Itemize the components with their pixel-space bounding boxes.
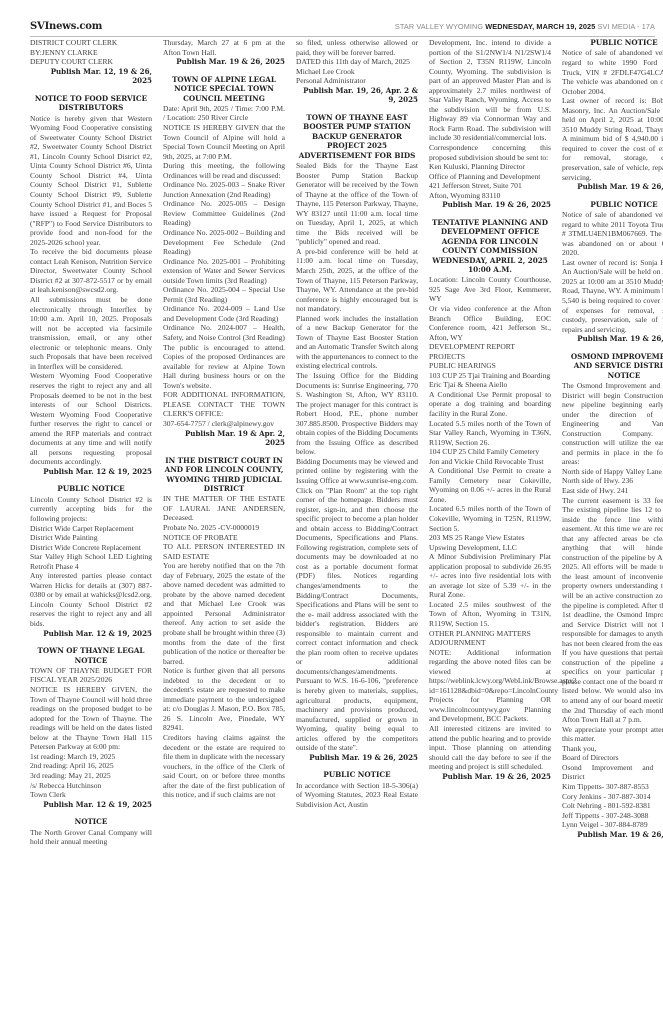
notice-title: PUBLIC NOTICE [562, 200, 663, 209]
notice-text: The Osmond Improvement and Service Distr… [562, 381, 663, 467]
notice-text: All interested citizens are invited to a… [429, 724, 551, 772]
notice-text: Ordinance No. 2025-004 – Special Use Per… [163, 285, 285, 304]
column-5: PUBLIC NOTICENotice of sale of abandoned… [562, 38, 663, 839]
notice-text: A pre-bid conference will be held at 11:… [296, 247, 418, 314]
notice-text: Date: April 9th, 2025 / Time: 7:00 P.M. … [163, 104, 285, 123]
publisher-page: SVI MEDIA - 17A [598, 22, 655, 31]
notice-text: PROJECTS [429, 352, 551, 362]
notice-text: District Wide Carpet Replacement [30, 524, 152, 534]
notice-text: If you have questions that pertain to th… [562, 648, 663, 724]
notice-text: The current easement is 33 feet wide. Th… [562, 496, 663, 649]
notice-text: Ordinance No. 2024-009 – Land Use and De… [163, 304, 285, 323]
notice-text: Ordinance No. 2025-005 – Design Review C… [163, 199, 285, 228]
notice-text: Office of Planning and Development [429, 172, 551, 182]
notice-text: Jon and Vickie Child Revocable Trust [429, 457, 551, 467]
notice-text: Located 5.5 miles north of the Town of S… [429, 419, 551, 448]
notice-text: DEPUTY COURT CLERK [30, 57, 152, 67]
dateline: STAR VALLEY WYOMING WEDNESDAY, MARCH 19,… [395, 22, 655, 31]
notice-title: OSMOND IMPROVEMENT AND SERVICE DISTRICT … [562, 352, 663, 380]
notice-title: TOWN OF THAYNE EAST BOOSTER PUMP STATION… [296, 113, 418, 160]
issue-date: WEDNESDAY, MARCH 19, 2025 [485, 22, 595, 31]
notice-title: TOWN OF ALPINE LEGAL NOTICE SPECIAL TOWN… [163, 75, 285, 103]
notice-text: Last owner of record is: Bob Allyn Mason… [562, 96, 663, 182]
notice-text: The public is encouraged to attend. Copi… [163, 343, 285, 391]
notice-title: PUBLIC NOTICE [30, 484, 152, 493]
notice-text: 2nd reading: April 16, 2025 [30, 761, 152, 771]
notice-text: Cory Jenkins - 307-887-3014 [562, 792, 663, 802]
publish-dates: Publish Mar. 12 & 19, 2025 [30, 467, 152, 477]
notice-text: Jeff Tippetts - 307-248-3088 [562, 811, 663, 821]
notice-text: To receive the bid documents please cont… [30, 247, 152, 295]
notice-text: District Wide Concrete Replacement [30, 543, 152, 553]
notice-text: PUBLIC HEARINGS [429, 361, 551, 371]
notice-text: Located 2.5 miles southwest of the Town … [429, 600, 551, 629]
notice-text: Any interested parties please contact Wa… [30, 571, 152, 600]
notice-text: Ordinance No. 2025-003 – Snake River Jun… [163, 180, 285, 199]
notice-text: You are hereby notified that on the 7th … [163, 561, 285, 666]
notice-text: Ordinance No. 2025-001 – Prohibiting ext… [163, 257, 285, 286]
notice-text: Creditors having claims against the dece… [163, 733, 285, 800]
notice-text: Thank you, [562, 744, 663, 754]
notice-title: PUBLIC NOTICE [562, 38, 663, 47]
column-2: Thursday, March 27 at 6 pm at the Afton … [163, 38, 285, 800]
region: STAR VALLEY WYOMING [395, 22, 483, 31]
column-3: so filed, unless otherwise allowed or pa… [296, 38, 418, 810]
notice-text: A Conditional Use Permit to create a Fam… [429, 466, 551, 504]
notice-text: We appreciate your prompt attention to t… [562, 725, 663, 744]
publish-dates: Publish Mar. 19 & 26, 2025 [562, 334, 663, 344]
notice-text: Planned work includes the installation o… [296, 314, 418, 371]
notice-text: In accordance with Section 18-5-306(a) o… [296, 781, 418, 810]
notice-text: All submissions must be done electronica… [30, 295, 152, 371]
site-name: SVInews.com [30, 21, 102, 32]
notice-text: Notice of sale of abandoned vehicle in r… [562, 48, 663, 96]
notice-text: Afton, Wyoming 83110 [429, 191, 551, 201]
notice-text: NOTICE IS HEREBY GIVEN that the Town Cou… [163, 123, 285, 161]
legal-notices: DISTRICT COURT CLERKBY:JENNY CLARKEDEPUT… [30, 38, 658, 1018]
notice-text: Development, Inc. intend to divide a por… [429, 38, 551, 143]
notice-text: Thursday, March 27 at 6 pm at the Afton … [163, 38, 285, 57]
notice-text: Eric Tjai & Sheena Aiello [429, 380, 551, 390]
notice-title: PUBLIC NOTICE [296, 770, 418, 779]
notice-text: A Minor Subdivision Preliminary Plat app… [429, 552, 551, 600]
notice-text: North side of Hwy. 236 [562, 476, 663, 486]
notice-text: The Issuing Office for the Bidding Docum… [296, 371, 418, 457]
notice-text: BY:JENNY CLARKE [30, 48, 152, 58]
publish-dates: Publish Mar. 12 & 19, 2025 [30, 629, 152, 639]
notice-text: Location: Lincoln County Courthouse, 925… [429, 275, 551, 304]
notice-text: Correspondence concerning this proposed … [429, 143, 551, 162]
notice-text: Osond Improvement and Service District [562, 763, 663, 782]
notice-text: Michael Lee Crook [296, 67, 418, 77]
notice-text: East side of Hwy. 241 [562, 486, 663, 496]
notice-text: NOTICE OF PROBATE [163, 533, 285, 543]
notice-text: Bidding Documents may be viewed and prin… [296, 457, 418, 677]
notice-text: Last owner of record is: Sonja Huhtala. … [562, 258, 663, 334]
publish-dates: Publish Mar. 19 & 26, 2025 [562, 182, 663, 192]
notice-text: North side of Happy Valley Lane [562, 467, 663, 477]
notice-text: Lynn Veigel - 307-884-8789 [562, 820, 663, 830]
notice-text: Board of Directors [562, 753, 663, 763]
notice-text: Probate No. 2025 -CV-0000019 [163, 523, 285, 533]
notice-text: OTHER PLANNING MATTERS [429, 629, 551, 639]
notice-text: /s/ Rebecca Hutchinson [30, 781, 152, 791]
notice-text: Personal Administrator [296, 76, 418, 86]
notice-text: Town Clerk [30, 790, 152, 800]
publish-dates: Publish Mar. 19 & 26, 2025 [429, 200, 551, 210]
notice-title: NOTICE [30, 817, 152, 826]
notice-text: 307-654-7757 / clerk@alpinewy.gov [163, 419, 285, 429]
notice-text: Kim Tippetts- 307-887-8553 [562, 782, 663, 792]
publish-dates: Publish Mar. 12, 19 & 26, 2025 [30, 67, 152, 86]
notice-text: 1st reading: March 19, 2025 [30, 752, 152, 762]
notice-text: Or via video conference at the Afton Bra… [429, 304, 551, 342]
notice-text: The North Grover Canal Company will hold… [30, 828, 152, 847]
notice-text: DATED this 11th day of March, 2025 [296, 57, 418, 67]
notice-text: Ordinance No. 2025-002 – Building and De… [163, 228, 285, 257]
notice-title: NOTICE TO FOOD SERVICE DISTRIBUTORS [30, 94, 152, 113]
notice-text: Lincoln County School District #2 reserv… [30, 600, 152, 629]
notice-text: Colt Nehring - 801-592-8381 [562, 801, 663, 811]
notice-text: Star Valley High School LED Lighting Ret… [30, 552, 152, 571]
notice-text: Ordinance No. 2024-007 – Health, Safety,… [163, 323, 285, 342]
notice-text: TO ALL PERSON INTERESTED IN SAID ESTATE [163, 542, 285, 561]
notice-text: Notice is hereby given that Western Wyom… [30, 114, 152, 248]
publish-dates: Publish Mar. 19 & 26, 2025 [163, 57, 285, 67]
publish-dates: Publish Mar. 19 & Apr. 2, 2025 [163, 429, 285, 448]
column-1: DISTRICT COURT CLERKBY:JENNY CLARKEDEPUT… [30, 38, 152, 847]
publish-dates: Publish Mar. 19 & 26, 2025 [429, 772, 551, 782]
notice-text: 421 Jefferson Street, Suite 701 [429, 181, 551, 191]
notice-text: Ken Kuluski, Planning Director [429, 162, 551, 172]
notice-text: District Wide Painting [30, 533, 152, 543]
notice-text: so filed, unless otherwise allowed or pa… [296, 38, 418, 57]
notice-text: Notice is further given that all persons… [163, 666, 285, 733]
notice-text: FOR ADDITIONAL INFORMATION, PLEASE CONTA… [163, 390, 285, 419]
notice-text: NOTICE IS HEREBY GIVEN, the Town of Thay… [30, 685, 152, 752]
notice-text: DISTRICT COURT CLERK [30, 38, 152, 48]
notice-title: TOWN OF THAYNE LEGAL NOTICE [30, 646, 152, 665]
notice-title: TENTATIVE PLANNING AND DEVELOPMENT OFFIC… [429, 218, 551, 274]
notice-text: DEVELOPMENT REPORT [429, 342, 551, 352]
notice-text: NOTE: Additional information regarding t… [429, 648, 551, 696]
notice-text: Upswing Development, LLC [429, 543, 551, 553]
notice-text: A Conditional Use Permit proposal to ope… [429, 390, 551, 419]
column-4: Development, Inc. intend to divide a por… [429, 38, 551, 781]
notice-text: Western Wyoming Food Cooperative reserve… [30, 371, 152, 466]
notice-text: 3rd reading: May 21, 2025 [30, 771, 152, 781]
notice-text: 103 CUP 25 Tjai Training and Boarding [429, 371, 551, 381]
notice-text: 104 CUP 25 Child Family Cemetery [429, 447, 551, 457]
notice-text: Pursuant to W.S. 16-6-106, "preference i… [296, 676, 418, 752]
notice-text: Projects for Planning OR www.lincolncoun… [429, 695, 551, 724]
publish-dates: Publish Mar. 19, 26, Apr. 2 & 9, 2025 [296, 86, 418, 105]
publish-dates: Publish Mar. 19 & 26, 2025 [296, 753, 418, 763]
notice-text: Sealed Bids for the Thayne East Booster … [296, 161, 418, 247]
notice-text: Located 6.5 miles north of the Town of C… [429, 504, 551, 533]
notice-text: IN THE MATTER OF THE ESTATE OF LAURAL JA… [163, 494, 285, 523]
notice-text: ADJOURNMENT [429, 638, 551, 648]
publish-dates: Publish Mar. 12 & 19, 2025 [30, 800, 152, 810]
notice-text: Notice of sale of abandoned vehicle in r… [562, 210, 663, 258]
publish-dates: Publish Mar. 19 & 26, 2025 [562, 830, 663, 840]
notice-title: IN THE DISTRICT COURT IN AND FOR LINCOLN… [163, 456, 285, 494]
notice-text: Lincoln County School District #2 is cur… [30, 495, 152, 524]
page-header: SVInews.com STAR VALLEY WYOMING WEDNESDA… [30, 20, 655, 37]
notice-text: TOWN OF THAYNE BUDGET FOR FISCAL YEAR 20… [30, 666, 152, 685]
notice-text: 203 MS 25 Range View Estates [429, 533, 551, 543]
notice-text: During this meeting, the following Ordin… [163, 161, 285, 180]
